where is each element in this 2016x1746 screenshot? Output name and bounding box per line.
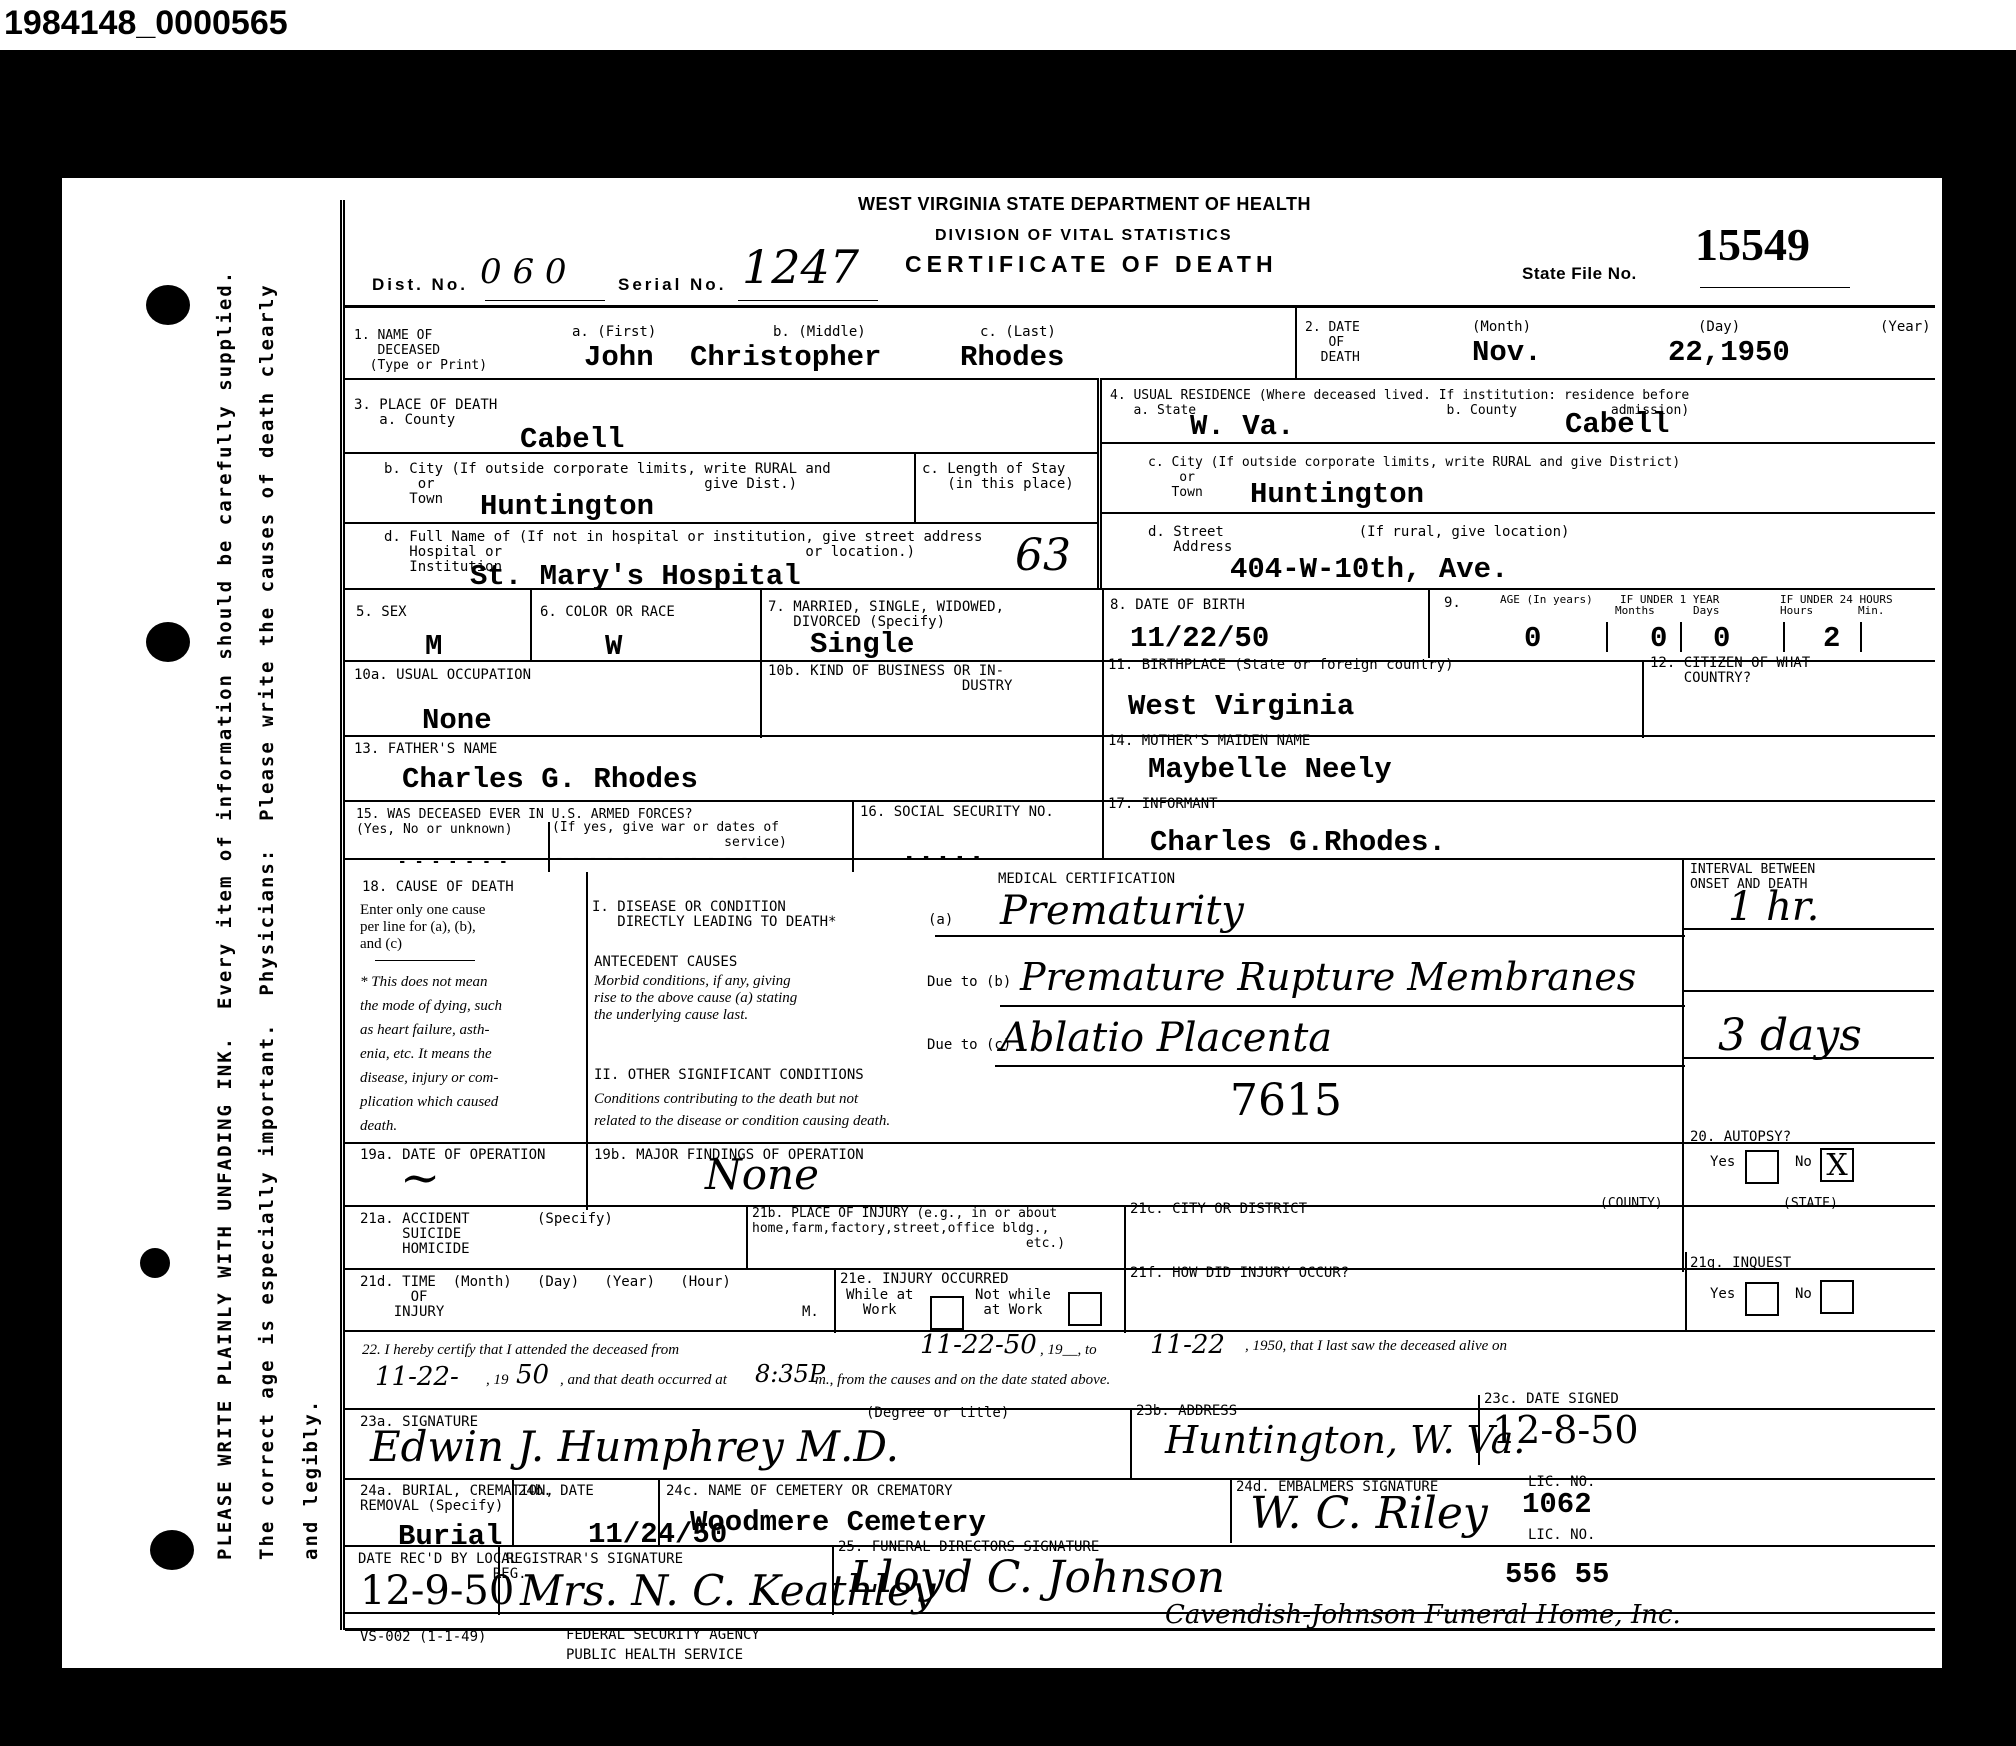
f16-label: 16. SOCIAL SECURITY NO. — [860, 805, 1054, 820]
f14-label: 14. MOTHER'S MAIDEN NAME — [1108, 734, 1310, 749]
f13-label: 13. FATHER'S NAME — [354, 742, 497, 757]
f21a-label: 21a. ACCIDENT (Specify) SUICIDE HOMICIDE — [360, 1212, 613, 1257]
f22-year-value: 50 — [516, 1360, 549, 1390]
divider — [834, 1268, 836, 1333]
f18-c-label: Due to (c) — [927, 1038, 1011, 1053]
dist-no-underline — [485, 300, 605, 301]
f25-lic-value: 556 55 — [1505, 1560, 1609, 1590]
f22-from-date: 11-22-50 — [920, 1330, 1037, 1360]
divider — [1860, 622, 1862, 652]
f22-text5: m., from the causes and on the date stat… — [815, 1372, 1110, 1389]
form-border-left — [340, 200, 345, 1630]
divider — [548, 822, 550, 872]
f12-label: 12. CITIZEN OF WHAT COUNTRY? — [1650, 656, 1810, 686]
f21c-label: 21c. CITY OR DISTRICT — [1130, 1202, 1307, 1217]
f18-note: * This does not mean the mode of dying, … — [360, 970, 502, 1138]
f18-a-value: Prematurity — [1000, 888, 1244, 934]
cause-line-b — [1000, 1005, 1685, 1007]
f2-month-label: (Month) — [1472, 320, 1531, 335]
f9-age-years-label: AGE (In years) — [1500, 592, 1593, 607]
f20-no-label: No — [1795, 1155, 1812, 1170]
divider — [1642, 660, 1644, 738]
f2-month-value: Nov. — [1472, 338, 1542, 368]
checkmark-x-icon: X — [1826, 1148, 1847, 1183]
divider — [1130, 1408, 1132, 1478]
footer-agency-2: PUBLIC HEALTH SERVICE — [566, 1648, 743, 1663]
f9-months-label: Months — [1615, 603, 1655, 618]
f17-label: 17. INFORMANT — [1108, 797, 1218, 812]
f2-year-label: (Year) — [1880, 320, 1931, 335]
divider — [1680, 622, 1682, 652]
divider — [1230, 1478, 1232, 1543]
punch-hole-icon — [146, 285, 190, 325]
f24a-value: Burial — [398, 1522, 502, 1552]
f10a-label: 10a. USUAL OCCUPATION — [354, 668, 531, 683]
f18-antecedent-text: Morbid conditions, if any, giving rise t… — [594, 973, 797, 1024]
f9-years-value: 0 — [1524, 624, 1541, 654]
f18-c-interval: 3 days — [1718, 1010, 1862, 1061]
f22-text2: , 19__, to — [1040, 1342, 1097, 1359]
row-rule — [1102, 442, 1935, 444]
f10b-label: 10b. KIND OF BUSINESS OR IN- DUSTRY — [768, 664, 1012, 694]
f1-last-value: Rhodes — [960, 343, 1064, 373]
row-rule — [345, 1612, 1935, 1614]
f25-firm: Cavendish-Johnson Funeral Home, Inc. — [1165, 1600, 1681, 1630]
f17-value: Charles G.Rhodes. — [1150, 828, 1446, 858]
form-number: VS-002 (1-1-49) — [360, 1630, 486, 1645]
f19a-value: ~ — [400, 1150, 440, 1206]
f21g-no-label: No — [1795, 1287, 1812, 1302]
injury-at-work-checkbox[interactable] — [930, 1296, 964, 1330]
footer-agency-1: FEDERAL SECURITY AGENCY — [566, 1628, 760, 1643]
state-file-no-label: State File No. — [1522, 266, 1637, 282]
row-rule — [1102, 512, 1935, 514]
top-bar: 1984148_0000565 — [0, 0, 2016, 50]
cause-line-c — [995, 1065, 1685, 1067]
dist-no-label: Dist. No. — [372, 277, 468, 293]
f4-state-value: W. Va. — [1190, 412, 1294, 442]
f7-value: Single — [810, 630, 914, 660]
inquest-no-checkbox[interactable] — [1820, 1280, 1854, 1314]
image-id-label: 1984148_0000565 — [4, 4, 288, 43]
f14-value: Maybelle Neely — [1148, 755, 1392, 785]
punch-hole-icon — [150, 1530, 194, 1570]
f9-hours-value: 2 — [1823, 624, 1840, 654]
header-rule — [345, 305, 1935, 308]
f21b-label: 21b. PLACE OF INJURY (e.g., in or about … — [752, 1206, 1065, 1251]
divider — [658, 1478, 660, 1546]
f21d-label: 21d. TIME (Month) (Day) (Year) (Hour) OF… — [360, 1275, 731, 1320]
interval-line — [1684, 1057, 1934, 1059]
divider — [1685, 1252, 1687, 1332]
f3-county-value: Cabell — [520, 425, 624, 455]
autopsy-yes-checkbox[interactable] — [1745, 1150, 1779, 1184]
divider — [914, 452, 916, 522]
f24d-signature: W. C. Riley — [1250, 1488, 1488, 1539]
divider — [852, 800, 854, 872]
row-rule — [345, 588, 1935, 590]
punch-hole-icon — [140, 1248, 170, 1278]
f19b-value: None — [705, 1150, 819, 1199]
f18-a-interval: 1 hr. — [1728, 884, 1819, 930]
divider — [760, 588, 762, 738]
f18-part1-label: I. DISEASE OR CONDITION DIRECTLY LEADING… — [592, 900, 836, 930]
f21d-m-label: M. — [802, 1305, 819, 1320]
f24d-lic-value: 1062 — [1522, 1490, 1592, 1520]
f4-street-label: d. Street (If rural, give location) Addr… — [1148, 525, 1569, 555]
f18-instructions: Enter only one cause per line for (a), (… — [360, 902, 485, 953]
cause-line-a — [935, 935, 1685, 937]
side-instruction-3: and legibly. — [300, 1399, 322, 1560]
divider — [1097, 378, 1102, 588]
f21e-while-label: While at Work — [846, 1288, 913, 1318]
side-instruction-1: PLEASE WRITE PLAINLY WITH UNFADING INK. … — [214, 270, 236, 1560]
f21c-county-label: (COUNTY) — [1600, 1196, 1663, 1211]
row-rule — [345, 1545, 1935, 1547]
f9-days-value: 0 — [1713, 624, 1730, 654]
row-rule — [345, 1330, 1935, 1332]
f9-months-value: 0 — [1650, 624, 1667, 654]
state-file-no-value: 15549 — [1695, 220, 1810, 270]
divider — [1295, 308, 1297, 378]
f18-med-cert-label: MEDICAL CERTIFICATION — [998, 872, 1175, 887]
f20-label: 20. AUTOPSY? — [1690, 1130, 1791, 1145]
divider — [1682, 858, 1684, 1272]
punch-hole-icon — [146, 622, 190, 662]
f21f-label: 21f. HOW DID INJURY OCCUR? — [1130, 1266, 1349, 1281]
f20-yes-label: Yes — [1710, 1155, 1735, 1170]
f23c-label: 23c. DATE SIGNED — [1484, 1392, 1619, 1407]
f18-part2-label: II. OTHER SIGNIFICANT CONDITIONS — [594, 1068, 864, 1083]
f5-label: 5. SEX — [356, 605, 407, 620]
side-instruction-2: The correct age is especially important.… — [256, 283, 278, 1560]
f4-county-value: Cabell — [1565, 410, 1669, 440]
f18-a-label: (a) — [928, 913, 953, 928]
f9-days-label: Days — [1693, 603, 1720, 618]
f23b-label: 23b. ADDRESS — [1136, 1404, 1237, 1419]
f5-value: M — [425, 632, 442, 662]
divider — [498, 1545, 500, 1615]
inquest-yes-checkbox[interactable] — [1745, 1282, 1779, 1316]
row-rule — [345, 858, 1935, 860]
f22-year-text: , 19 — [486, 1372, 509, 1389]
registrar-label: REGISTRAR'S SIGNATURE — [506, 1552, 683, 1567]
f24b-label: 24b. DATE — [518, 1484, 594, 1499]
f13-value: Charles G. Rhodes — [402, 765, 698, 795]
f21e-not-while-label: Not while at Work — [975, 1288, 1051, 1318]
f9-hours-label: Hours — [1780, 603, 1813, 618]
f22-to-date: 11-22 — [1150, 1330, 1225, 1360]
divider — [746, 1205, 748, 1270]
f21e-label: 21e. INJURY OCCURRED — [840, 1272, 1009, 1287]
f8-label: 8. DATE OF BIRTH — [1110, 598, 1245, 613]
f9-min-label: Min. — [1858, 603, 1885, 618]
divider — [1478, 1395, 1480, 1465]
serial-no-value: 1247 — [742, 240, 859, 294]
f18-part2-text: Conditions contributing to the death but… — [594, 1088, 890, 1132]
f22-text1: 22. I hereby certify that I attended the… — [362, 1342, 679, 1359]
injury-not-at-work-checkbox[interactable] — [1068, 1292, 1102, 1326]
f2-day-year-value: 22,1950 — [1668, 338, 1790, 368]
f10a-value: None — [422, 706, 492, 736]
interval-line — [1684, 928, 1934, 930]
f1-middle-label: b. (Middle) — [773, 325, 866, 340]
f2-label: 2. DATE OF DEATH — [1305, 320, 1360, 365]
f3-city-value: Huntington — [480, 492, 654, 522]
f1-first-value: John — [584, 343, 654, 373]
f21g-label: 21g. INQUEST — [1690, 1256, 1791, 1271]
autopsy-no-checkbox[interactable]: X — [1820, 1148, 1854, 1182]
divider — [832, 1545, 834, 1615]
f15-sub-a: (Yes, No or unknown) — [356, 822, 513, 837]
divider — [1428, 588, 1430, 658]
row-rule — [345, 522, 1100, 524]
row-rule — [345, 378, 1935, 380]
serial-no-label: Serial No. — [618, 277, 726, 293]
f1-last-label: c. (Last) — [980, 325, 1056, 340]
f25-signature: Lloyd C. Johnson — [850, 1552, 1225, 1603]
f23a-signature: Edwin J. Humphrey M.D. — [370, 1422, 899, 1471]
f18-b-label: Due to (b) — [927, 975, 1011, 990]
f9-label: 9. — [1444, 596, 1461, 611]
f3-stay-label: c. Length of Stay (in this place) — [922, 462, 1074, 492]
f25-lic-label: LIC. NO. — [1528, 1528, 1595, 1543]
f23a-degree-label: (Degree or title) — [866, 1406, 1009, 1421]
f4-street-value: 404-W-10th, Ave. — [1230, 555, 1508, 585]
f18-part2-value: 7615 — [1230, 1075, 1342, 1126]
local-reg-value: 12-9-50 — [360, 1568, 514, 1614]
row-rule — [345, 452, 1100, 454]
f3-label: 3. PLACE OF DEATH a. County — [354, 398, 497, 428]
f18-b-value: Premature Rupture Membranes — [1020, 955, 1636, 999]
f15-sub-b: (If yes, give war or dates of service) — [552, 820, 787, 850]
state-file-underline — [1700, 287, 1850, 288]
f23b-value: Huntington, W. Va. — [1165, 1418, 1525, 1462]
f19a-label: 19a. DATE OF OPERATION — [360, 1148, 545, 1163]
divider — [1102, 588, 1104, 858]
f6-label: 6. COLOR OR RACE — [540, 605, 675, 620]
f11-label: 11. BIRTHPLACE (State or foreign country… — [1108, 658, 1454, 673]
f11-value: West Virginia — [1128, 692, 1354, 722]
f8-value: 11/22/50 — [1130, 624, 1269, 654]
divider — [586, 872, 588, 1144]
division-heading: DIVISION OF VITAL STATISTICS — [935, 228, 1233, 244]
certificate-title: CERTIFICATE OF DEATH — [905, 256, 1278, 272]
f18-antecedent-label: ANTECEDENT CAUSES — [594, 955, 737, 970]
divider — [586, 1142, 588, 1210]
divider — [375, 960, 475, 961]
f22-text4: , and that death occurred at — [560, 1372, 727, 1389]
f1-middle-value: Christopher — [690, 343, 881, 373]
f24c-value: Woodmere Cemetery — [690, 1508, 986, 1538]
divider — [1606, 622, 1608, 652]
divider — [512, 1478, 514, 1546]
serial-no-underline — [738, 300, 878, 301]
f6-value: W — [605, 632, 622, 662]
divider — [1783, 622, 1785, 652]
divider — [530, 588, 532, 661]
row-rule — [345, 1478, 1935, 1480]
f23c-value: 12-8-50 — [1492, 1408, 1639, 1452]
f3-hospital-code: 63 — [1015, 530, 1071, 581]
f24c-label: 24c. NAME OF CEMETERY OR CREMATORY — [666, 1484, 953, 1499]
f1-first-label: a. (First) — [572, 325, 656, 340]
f7-label: 7. MARRIED, SINGLE, WIDOWED, DIVORCED (S… — [768, 600, 1004, 630]
f22-last-seen: 11-22- — [375, 1362, 459, 1392]
interval-line — [1684, 990, 1934, 992]
f1-label: 1. NAME OF DECEASED (Type or Print) — [354, 328, 487, 373]
f4-city-value: Huntington — [1250, 480, 1424, 510]
f21g-yes-label: Yes — [1710, 1287, 1735, 1302]
agency-heading: WEST VIRGINIA STATE DEPARTMENT OF HEALTH — [858, 196, 1311, 212]
f18-c-value: Ablatio Placenta — [1000, 1015, 1332, 1061]
f2-day-label: (Day) — [1698, 320, 1740, 335]
dist-no-value: 0 6 0 — [480, 252, 567, 292]
f22-text3: , 1950, that I last saw the deceased ali… — [1245, 1338, 1507, 1355]
f18-label: 18. CAUSE OF DEATH — [362, 880, 514, 895]
f21c-state-label: (STATE) — [1783, 1196, 1838, 1211]
